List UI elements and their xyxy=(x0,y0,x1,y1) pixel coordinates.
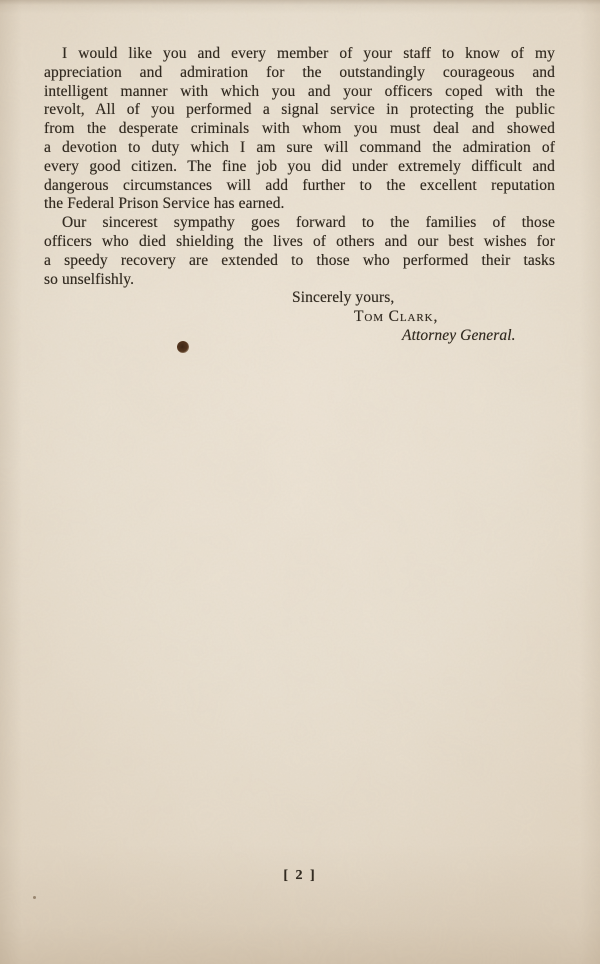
signatory-title: Attorney General. xyxy=(402,327,555,346)
text-line: from the desperate criminals with whom y… xyxy=(44,120,555,139)
signatory-name: Tom Clark, xyxy=(354,308,555,327)
text-line: every good citizen. The fine job you did… xyxy=(44,158,555,177)
text-line: a devotion to duty which I am sure will … xyxy=(44,139,555,158)
text-line: so unselfishly. xyxy=(44,271,555,290)
ink-stain-small xyxy=(56,371,68,380)
text-line: the Federal Prison Service has earned. xyxy=(44,195,555,214)
text-line: Our sincerest sympathy goes forward to t… xyxy=(44,214,555,233)
closing-salutation: Sincerely yours, xyxy=(292,289,555,308)
text-line: officers who died shielding the lives of… xyxy=(44,233,555,252)
page-number: [ 2 ] xyxy=(0,868,600,884)
text-line: I would like you and every member of you… xyxy=(44,45,555,64)
letter-body: I would like you and every member of you… xyxy=(44,45,555,289)
letter-content: I would like you and every member of you… xyxy=(0,0,600,346)
paragraph: Our sincerest sympathy goes forward to t… xyxy=(44,214,555,289)
text-line: intelligent manner with which you and yo… xyxy=(44,83,555,102)
text-line: dangerous circumstances will add further… xyxy=(44,177,555,196)
paragraph: I would like you and every member of you… xyxy=(44,45,555,214)
text-line: revolt, All of you performed a signal se… xyxy=(44,101,555,120)
text-line: a speedy recovery are extended to those … xyxy=(44,252,555,271)
paper-speck xyxy=(33,896,36,899)
text-line: appreciation and admiration for the outs… xyxy=(44,64,555,83)
scanned-letter-page: I would like you and every member of you… xyxy=(0,0,600,964)
closing-block: Sincerely yours, Tom Clark, Attorney Gen… xyxy=(44,289,555,345)
